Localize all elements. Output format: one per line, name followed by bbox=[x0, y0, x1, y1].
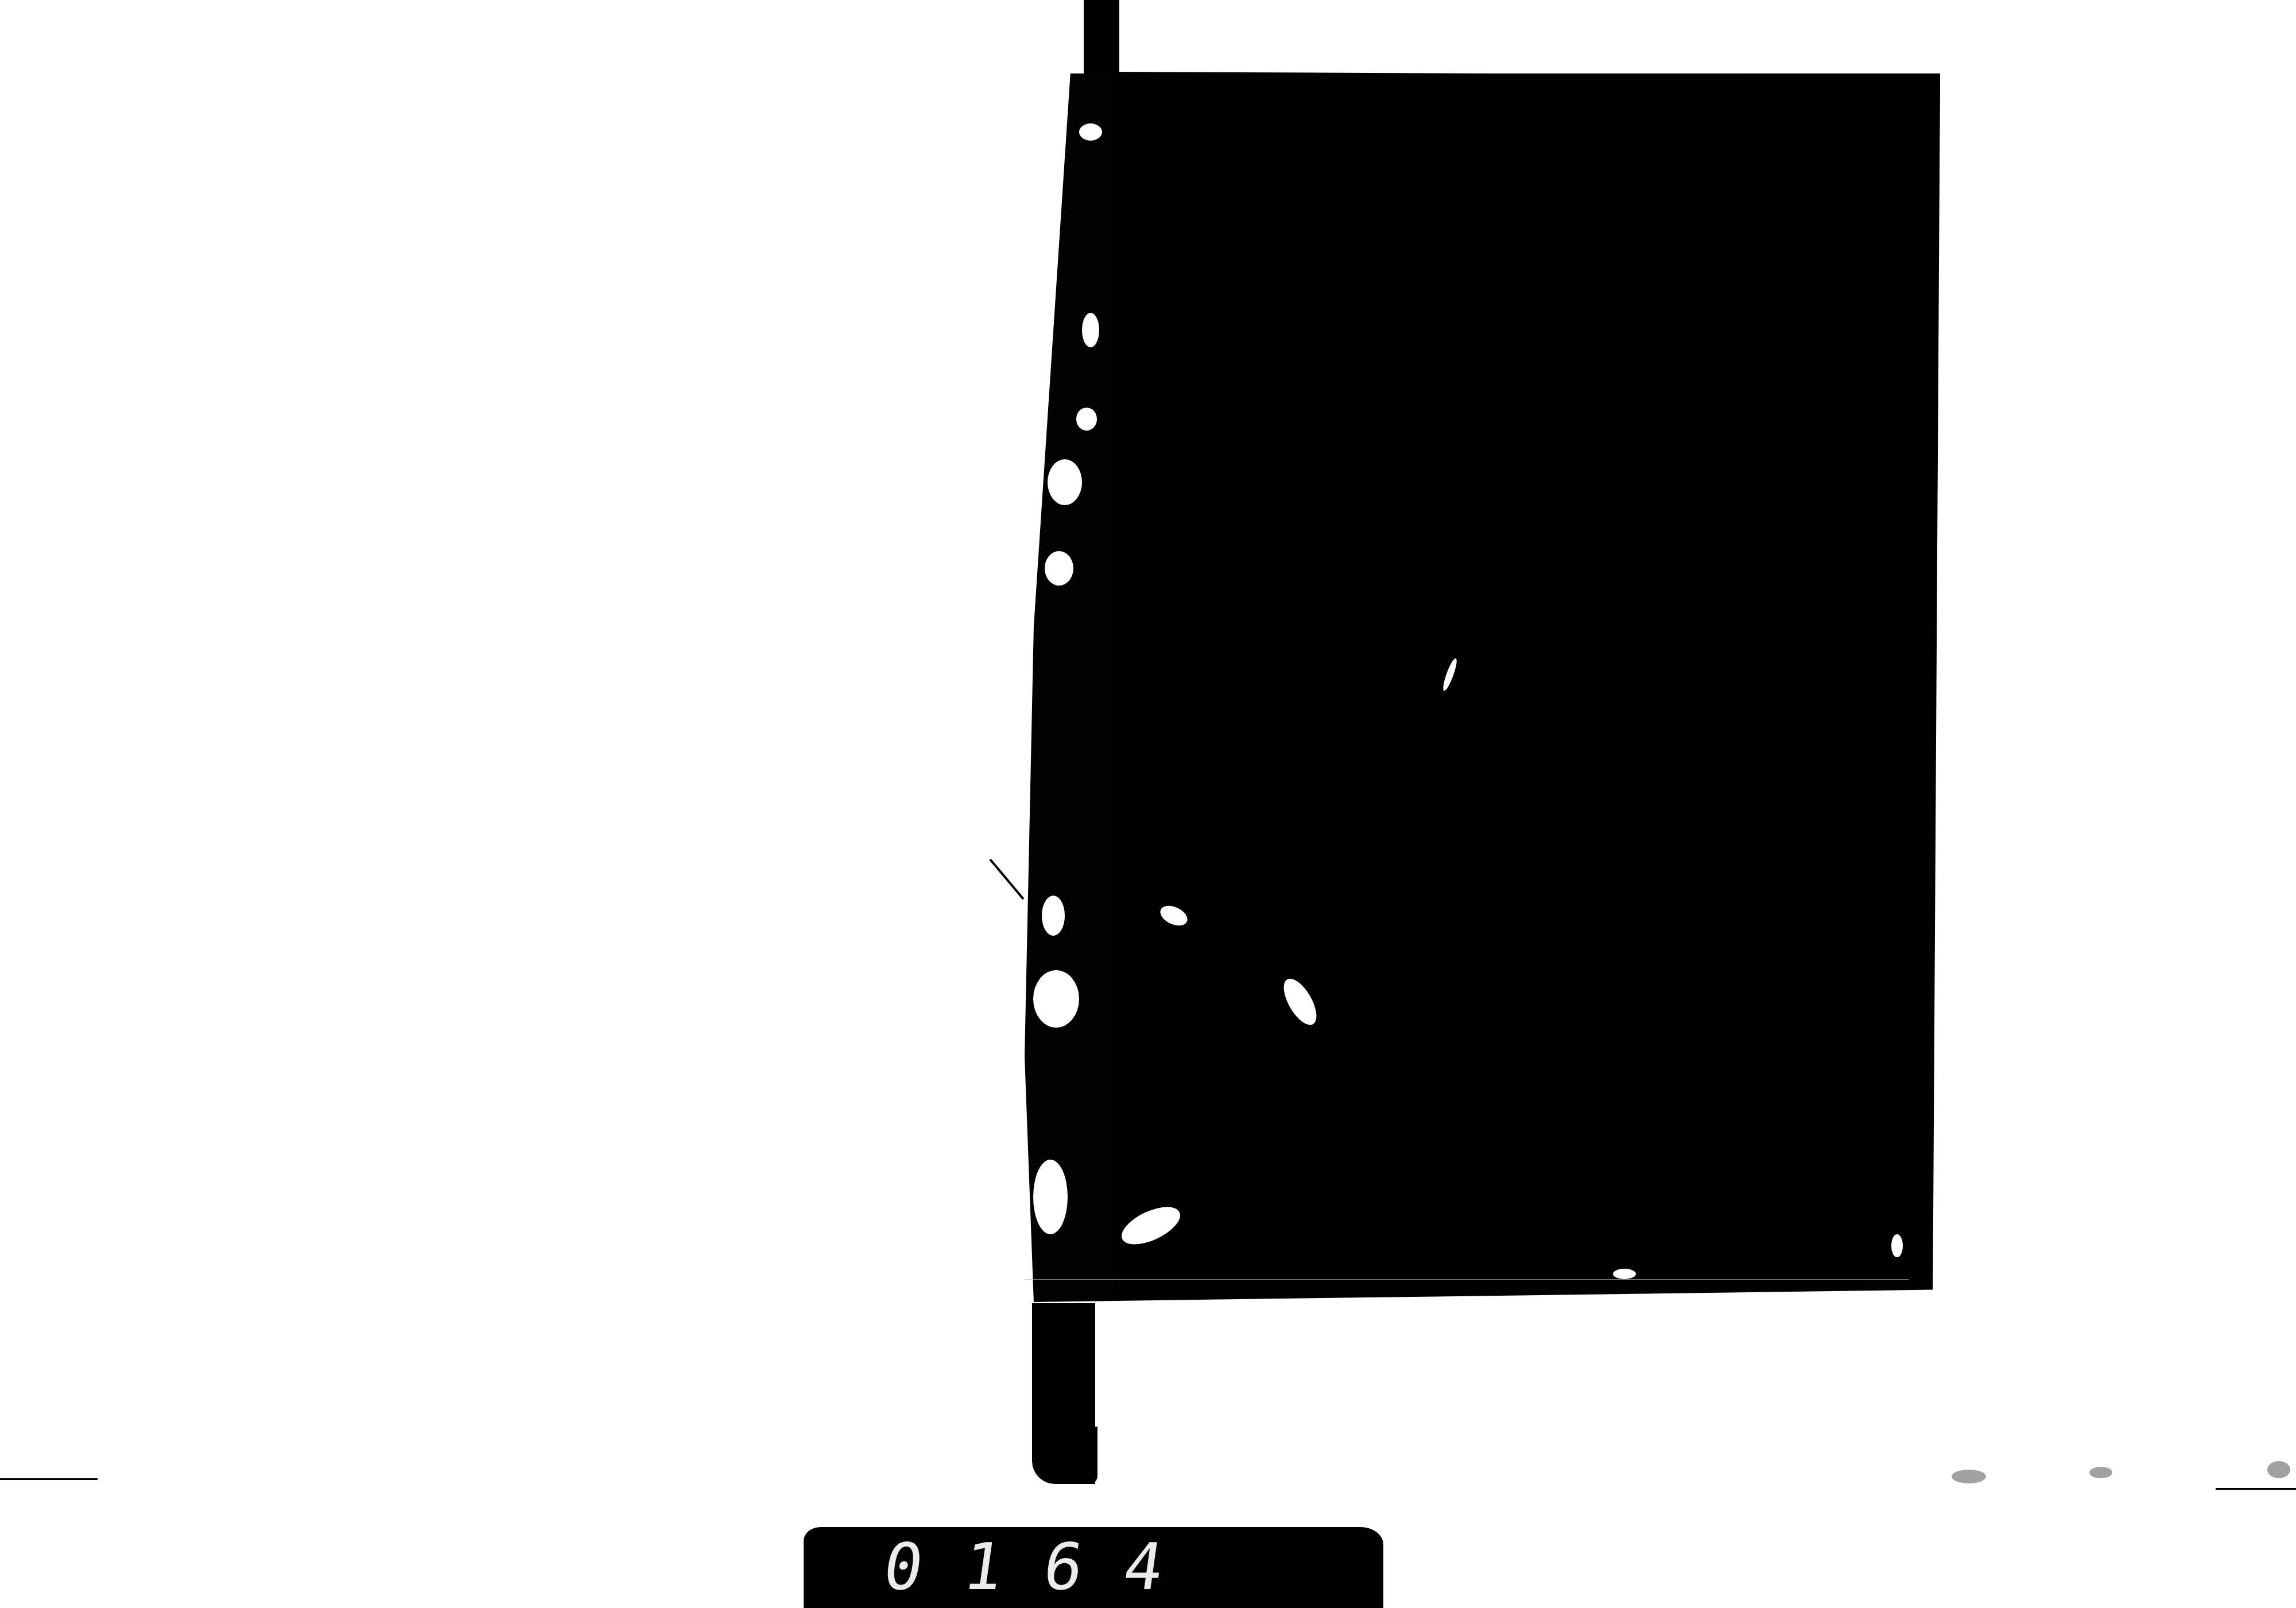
loose-thread bbox=[989, 859, 1024, 900]
scan-image: 0164 bbox=[0, 0, 2296, 1608]
table-edge-right bbox=[2216, 1488, 2296, 1490]
book-spine-top bbox=[1084, 0, 1119, 80]
wear-spot bbox=[1033, 1160, 1068, 1234]
wear-spot bbox=[1042, 896, 1065, 936]
dust bbox=[1952, 1470, 1986, 1483]
dust bbox=[2089, 1467, 2112, 1478]
cover-crease bbox=[1025, 1279, 1909, 1280]
wear-spot bbox=[1045, 551, 1073, 586]
table-edge-left bbox=[0, 1478, 98, 1480]
wear-spot bbox=[1076, 408, 1097, 431]
book-cover bbox=[1114, 72, 1940, 1300]
dust bbox=[2267, 1461, 2290, 1478]
id-label-number: 0164 bbox=[879, 1536, 1301, 1599]
wear-spot bbox=[1613, 1269, 1636, 1279]
wear-spot bbox=[1082, 313, 1099, 347]
wear-spot bbox=[1048, 459, 1082, 505]
wear-spot bbox=[1033, 970, 1079, 1028]
book-spine-tab bbox=[1079, 1427, 1097, 1484]
wear-spot bbox=[1891, 1234, 1903, 1257]
wear-spot bbox=[1079, 123, 1102, 141]
